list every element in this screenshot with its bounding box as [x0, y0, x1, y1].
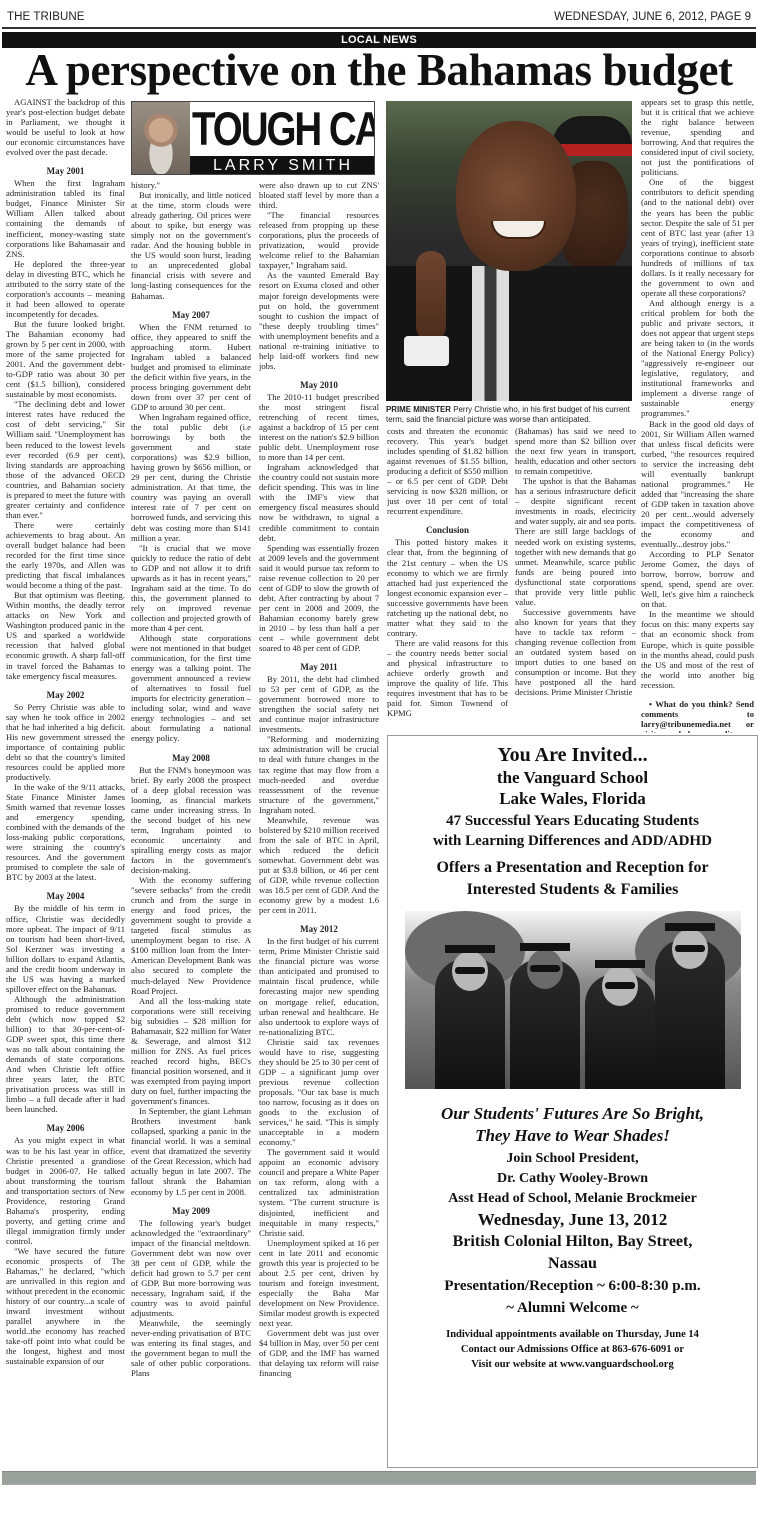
ad-school-name: the Vanguard School	[388, 767, 757, 788]
reader-feedback-note: • What do you think? Send comments to la…	[641, 699, 754, 733]
paragraph: With the economy suffering "severe setba…	[131, 875, 251, 996]
paragraph: And although energy is a critical proble…	[641, 298, 754, 419]
paragraph: The upshot is that the Bahamas has a ser…	[515, 476, 636, 607]
paragraph: And all the loss-making state corporatio…	[131, 996, 251, 1107]
paragraph: Meanwhile, revenue was bolstered by $210…	[259, 815, 379, 915]
ad-alumni: ~ Alumni Welcome ~	[388, 1297, 757, 1319]
paragraph: By the middle of his term in office, Chr…	[6, 903, 125, 993]
subhead-conclusion: Conclusion	[387, 525, 508, 536]
subhead-2002: May 2002	[6, 690, 125, 701]
graduation-cap	[595, 960, 645, 968]
ad-offer: Offers a Presentation and Reception for	[388, 857, 757, 879]
paragraph: He deplored the three-year delay in dive…	[6, 259, 125, 319]
ad-tagline-2: They Have to Wear Shades!	[388, 1125, 757, 1147]
paragraph: Successive governments have also known f…	[515, 607, 636, 697]
column-title: TOUGH CALL	[192, 104, 341, 154]
paragraph: There were certainly achievements to bra…	[6, 520, 125, 590]
ad-city: Nassau	[388, 1253, 757, 1275]
subhead-2001: May 2001	[6, 166, 125, 177]
ad-president: Dr. Cathy Wooley-Brown	[388, 1169, 757, 1189]
headline: A perspective on the Bahamas budget	[2, 44, 756, 96]
paragraph: So Perry Christie was able to say when h…	[6, 702, 125, 782]
paragraph: As you might expect in what was to be hi…	[6, 1135, 125, 1246]
subhead-2012: May 2012	[259, 924, 379, 935]
ad-years: 47 Successful Years Educating Students	[388, 811, 757, 831]
ad-asst-head: Asst Head of School, Melanie Brockmeier	[388, 1189, 757, 1209]
paragraph: history."	[131, 180, 251, 190]
paragraph: One of the biggest contributors to defic…	[641, 177, 754, 298]
paragraph: The government said it would appoint an …	[259, 1147, 379, 1237]
thumbs-up-hand	[416, 251, 446, 341]
paragraph: When the first Ingraham administration t…	[6, 178, 125, 258]
ad-appointments: Individual appointments available on Thu…	[388, 1327, 757, 1342]
paragraph: appears set to grasp this nettle, but it…	[641, 97, 754, 177]
paragraph: Meanwhile, the seemingly never-ending pr…	[131, 1318, 251, 1378]
ad-invite: You Are Invited...	[388, 744, 757, 767]
newspaper-name: THE TRIBUNE	[7, 11, 85, 23]
ad-contact: Contact our Admissions Office at 863-676…	[388, 1342, 757, 1357]
paragraph: "The financial resources released from p…	[259, 210, 379, 270]
paragraph: Spending was essentially frozen at 2009 …	[259, 543, 379, 654]
vanguard-school-advertisement: You Are Invited... the Vanguard School L…	[387, 735, 758, 1468]
ad-time: Presentation/Reception ~ 6:00-8:30 p.m.	[388, 1275, 757, 1297]
paragraph: Back in the good old days of 2001, Sir W…	[641, 419, 754, 550]
subhead-2007: May 2007	[131, 310, 251, 321]
paragraph: Although the administration promised to …	[6, 994, 125, 1115]
paragraph: This potted history makes it clear that,…	[387, 537, 508, 637]
caption-label: PRIME MINISTER	[386, 404, 451, 414]
officer-cap	[552, 116, 632, 146]
paragraph: "We have secured the future economic pro…	[6, 1246, 125, 1367]
column-header: TOUGH CALL LARRY SMITH	[131, 101, 375, 175]
subhead-2010: May 2010	[259, 380, 379, 391]
paragraph: But the future looked bright. The Bahami…	[6, 319, 125, 399]
ad-date: Wednesday, June 13, 2012	[388, 1209, 757, 1231]
subhead-2004: May 2004	[6, 891, 125, 902]
ad-venue: British Colonial Hilton, Bay Street,	[388, 1231, 757, 1253]
paragraph: When the FNM returned to office, they ap…	[131, 322, 251, 412]
article-column-4: costs and threaten the economic recovery…	[387, 426, 508, 730]
prime-minister-photo	[386, 101, 632, 401]
paragraph: "It is crucial that we move quickly to r…	[131, 543, 251, 633]
ad-tagline-1: Our Students' Futures Are So Bright,	[388, 1103, 757, 1125]
paragraph: costs and threaten the economic recovery…	[387, 426, 508, 516]
footer-bar	[2, 1471, 756, 1485]
paragraph: When Ingraham regained office, the total…	[131, 412, 251, 543]
paragraph: But ironically, and little noticed at th…	[131, 190, 251, 301]
sunglasses	[455, 967, 485, 974]
paragraph: Unemployment spiked at 16 per cent in la…	[259, 1238, 379, 1328]
paragraph: Ingraham acknowledged that the country c…	[259, 462, 379, 542]
paragraph: There are valid reasons for this – the c…	[387, 638, 508, 718]
paragraph: Government debt was just over $4 billion…	[259, 1328, 379, 1378]
masthead-rule	[2, 27, 756, 29]
lead-paragraph: AGAINST the backdrop of this year's post…	[6, 97, 125, 157]
sunglasses	[530, 965, 560, 972]
paragraph: By 2011, the debt had climbed to 53 per …	[259, 674, 379, 734]
article-column-3: were also drawn up to cut ZNS' bloated s…	[259, 180, 379, 1470]
face	[456, 121, 576, 271]
masthead: THE TRIBUNE WEDNESDAY, JUNE 6, 2012, PAG…	[5, 8, 753, 24]
paragraph: In the wake of the 9/11 attacks, State F…	[6, 782, 125, 882]
paragraph: The 2010-11 budget prescribed the most s…	[259, 392, 379, 462]
paragraph: were also drawn up to cut ZNS' bloated s…	[259, 180, 379, 210]
paragraph: In the first budget of his current term,…	[259, 936, 379, 1036]
ad-website: Visit our website at www.vanguardschool.…	[388, 1357, 757, 1372]
paragraph: In September, the giant Lehman Brothers …	[131, 1106, 251, 1196]
ad-host-intro: Join School President,	[388, 1149, 757, 1169]
paragraph: "Reforming and modernizing tax administr…	[259, 734, 379, 814]
subhead-2006: May 2006	[6, 1123, 125, 1134]
ad-specialty: with Learning Differences and ADD/ADHD	[388, 831, 757, 851]
paragraph: As the vaunted Emerald Bay resort on Exu…	[259, 270, 379, 370]
paragraph: But that optimism was fleeting. Within m…	[6, 590, 125, 680]
paragraph: Christie said tax revenues would have to…	[259, 1037, 379, 1148]
columnist-name: LARRY SMITH	[190, 156, 375, 175]
graduation-cap	[665, 923, 715, 931]
paragraph: According to PLP Senator Jerome Gomez, t…	[641, 549, 754, 609]
photo-caption: PRIME MINISTER Perry Christie who, in hi…	[386, 404, 636, 424]
dateline: WEDNESDAY, JUNE 6, 2012, PAGE 9	[554, 11, 751, 23]
paragraph: "The declining debt and lower interest r…	[6, 399, 125, 520]
subhead-2011: May 2011	[259, 662, 379, 673]
graduation-cap	[520, 943, 570, 951]
paragraph: (Bahamas) has said we need to spend more…	[515, 426, 636, 476]
article-column-6: appears set to grasp this nettle, but it…	[641, 97, 754, 733]
sunglasses	[605, 982, 635, 989]
paragraph: Although state corporations were not men…	[131, 633, 251, 744]
shirt-cuff	[404, 336, 449, 366]
article-column-5: (Bahamas) has said we need to spend more…	[515, 426, 636, 730]
ad-location: Lake Wales, Florida	[388, 788, 757, 809]
subhead-2008: May 2008	[131, 753, 251, 764]
subhead-2009: May 2009	[131, 1206, 251, 1217]
graduation-cap	[445, 945, 495, 953]
paragraph: In the meantime we should focus on this:…	[641, 609, 754, 689]
paragraph: But the FNM's honeymoon was brief. By ea…	[131, 765, 251, 876]
columnist-photo	[132, 102, 190, 175]
paragraph: The following year's budget acknowledged…	[131, 1218, 251, 1318]
article-column-1: AGAINST the backdrop of this year's post…	[6, 97, 125, 1467]
article-column-2: history." But ironically, and little not…	[131, 180, 251, 1470]
ad-audience: Interested Students & Families	[388, 879, 757, 901]
graduates-photo	[405, 911, 741, 1089]
sunglasses	[675, 945, 705, 952]
